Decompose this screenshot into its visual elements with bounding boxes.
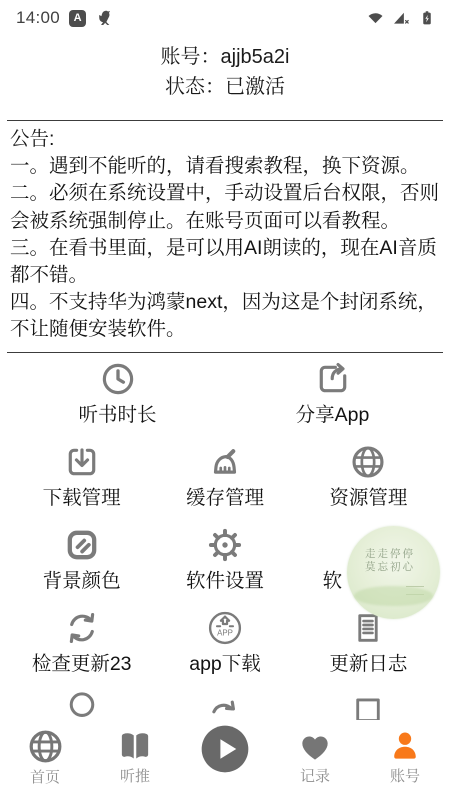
grid-row-2: 下载管理 缓存管理 资源管理 xyxy=(0,443,450,510)
person-icon xyxy=(386,727,424,765)
signal-no-sim-icon xyxy=(392,9,411,28)
decorative-watermark-image: 走走停停 莫忘初心 xyxy=(347,526,440,619)
heart-icon xyxy=(296,727,334,765)
software-settings-button[interactable]: 软件设置 xyxy=(153,526,296,593)
resource-manager-button[interactable]: 资源管理 xyxy=(297,443,440,510)
grid-item-label: 背景颜色 xyxy=(43,569,121,593)
nav-item-listen[interactable]: 听推 xyxy=(90,720,180,799)
announcement-line: 都不错。 xyxy=(10,262,444,289)
play-button-icon xyxy=(200,724,250,774)
grid-item-label: 听书时长 xyxy=(78,403,156,427)
bird-icon xyxy=(95,8,116,29)
nav-item-home[interactable]: 首页 xyxy=(0,720,90,799)
broom-icon xyxy=(206,443,244,481)
globe-icon xyxy=(349,443,387,481)
nav-label: 记录 xyxy=(300,768,330,785)
cache-manager-button[interactable]: 缓存管理 xyxy=(153,443,296,510)
update-log-button[interactable]: 更新日志 xyxy=(297,609,440,676)
nav-item-play[interactable] xyxy=(180,720,270,799)
announcement-line: 不让随便安装软件。 xyxy=(10,316,444,343)
refresh-icon xyxy=(63,609,101,647)
nav-item-account[interactable]: 账号 xyxy=(360,720,450,799)
grid-row-1: 听书时长 分享App xyxy=(0,360,450,427)
nav-label: 听推 xyxy=(120,768,150,785)
share-app-button[interactable]: 分享App xyxy=(225,360,440,427)
announcement-line: 会被系统强制停止。在账号页面可以看教程。 xyxy=(10,208,444,235)
announcement-line: 公告: xyxy=(10,126,444,153)
grid-item-label: 缓存管理 xyxy=(186,486,264,510)
clock-icon xyxy=(99,360,137,398)
grid-row-4: 检查更新23 APP app下载 更新日志 xyxy=(0,609,450,676)
announcement-line: 四。不支持华为鸿蒙next，因为这是个封闭系统， xyxy=(10,289,444,316)
wifi-icon xyxy=(366,9,385,28)
grid-item-label: app下载 xyxy=(189,652,261,676)
nav-item-records[interactable]: 记录 xyxy=(270,720,360,799)
account-id-line: 账号：ajjb5a2i xyxy=(0,42,450,72)
status-bar-left: 14:00 A xyxy=(16,8,116,29)
watermark-text: 莫忘初心 xyxy=(365,561,440,574)
grid-item-label: 分享App xyxy=(296,403,370,427)
status-time: 14:00 xyxy=(16,8,60,28)
app-download-button[interactable]: APP app下载 xyxy=(153,609,296,676)
share-external-icon xyxy=(314,360,352,398)
app-screen: 14:00 A 账号：ajjb5a2i 状态：已激活 xyxy=(0,0,450,799)
app-icon-text: APP xyxy=(217,628,233,637)
grid-item-label: 更新日志 xyxy=(329,652,407,676)
divider-bottom xyxy=(7,352,443,353)
app-letter-badge-icon: A xyxy=(69,10,86,27)
grid-item-label: 资源管理 xyxy=(329,486,407,510)
watermark-text: 走走停停 xyxy=(365,526,440,561)
account-status-line: 状态：已激活 xyxy=(0,72,450,102)
announcement: 公告: 一。遇到不能听的，请看搜索教程，换下资源。 二。必须在系统设置中，手动设… xyxy=(0,121,450,352)
gear-icon xyxy=(206,526,244,564)
battery-charging-icon xyxy=(418,9,436,28)
open-book-icon xyxy=(116,727,154,765)
status-bar-right xyxy=(366,9,436,28)
download-icon xyxy=(63,443,101,481)
grid-item-label: 检查更新23 xyxy=(32,652,132,676)
grid-item-label: 下载管理 xyxy=(43,486,121,510)
status-bar: 14:00 A xyxy=(0,0,450,30)
grid-item-label: 软 xyxy=(323,569,343,593)
announcement-line: 二。必须在系统设置中，手动设置后台权限，否则 xyxy=(10,180,444,207)
check-update-button[interactable]: 检查更新23 xyxy=(10,609,153,676)
account-info: 账号：ajjb5a2i 状态：已激活 xyxy=(0,42,450,102)
nav-label: 首页 xyxy=(30,769,60,786)
watermark-signature xyxy=(406,586,424,595)
grid-item-label: 软件设置 xyxy=(186,569,264,593)
download-manager-button[interactable]: 下载管理 xyxy=(10,443,153,510)
nav-label: 账号 xyxy=(390,768,420,785)
announcement-line: 一。遇到不能听的，请看搜索教程，换下资源。 xyxy=(10,153,444,180)
listening-time-button[interactable]: 听书时长 xyxy=(10,360,225,427)
globe-icon xyxy=(26,727,65,766)
color-swatch-icon xyxy=(63,526,101,564)
app-upload-icon: APP xyxy=(206,609,244,647)
announcement-line: 三。在看书里面，是可以用AI朗读的，现在AI音质 xyxy=(10,235,444,262)
background-color-button[interactable]: 背景颜色 xyxy=(10,526,153,593)
bottom-nav: 首页 听推 记录 账号 xyxy=(0,720,450,799)
